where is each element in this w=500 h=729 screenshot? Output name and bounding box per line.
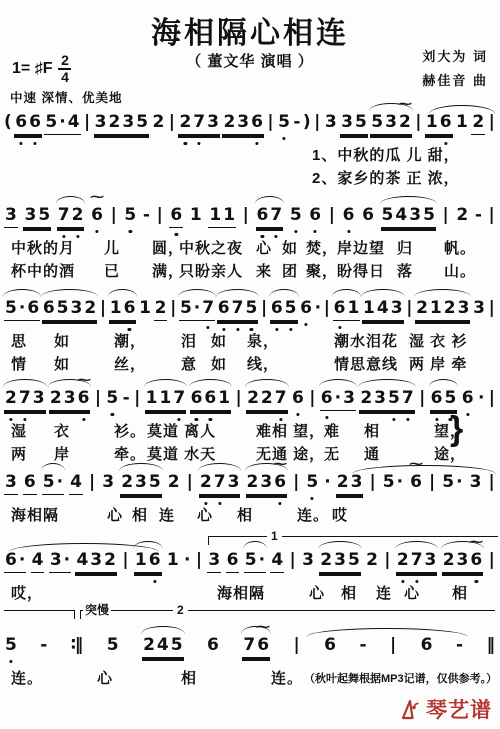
barline: | bbox=[290, 550, 296, 570]
volta-bracket-2: 突慢 2 bbox=[80, 610, 495, 619]
barline: | bbox=[415, 112, 421, 132]
note-digit: 6 bbox=[123, 298, 137, 318]
slur-arc bbox=[245, 379, 289, 387]
note-digit: 6 bbox=[190, 388, 204, 408]
lyric-segment: 丝， bbox=[114, 353, 146, 374]
note-group: 3 bbox=[301, 550, 315, 572]
note-digit: 6 bbox=[226, 550, 240, 570]
note-digit: 2 bbox=[108, 112, 122, 132]
note-digit: 5 bbox=[179, 298, 193, 318]
tempo-marking: 中速 深情、优美地 bbox=[10, 88, 122, 106]
note-group: 35 bbox=[340, 112, 368, 135]
note-digit: 3 bbox=[259, 472, 273, 492]
note-group: 5· bbox=[382, 472, 404, 494]
note-digit: 2 bbox=[246, 472, 260, 492]
note-group: 245 bbox=[142, 635, 184, 658]
note-group: 3 bbox=[324, 112, 338, 134]
barline: | bbox=[293, 635, 299, 655]
note-digit: 5 bbox=[170, 635, 184, 655]
score-line-6: 6·43·432|161·|365·4|32352|273236~|哎，海相隔心… bbox=[4, 550, 496, 610]
note-digit: 6 bbox=[28, 112, 42, 132]
lyric-segment: 难 bbox=[324, 420, 340, 441]
note-digit: 7 bbox=[192, 112, 206, 132]
note-digit: 2 bbox=[154, 298, 168, 318]
note-digit: · bbox=[18, 550, 26, 570]
note-digit: 5 bbox=[148, 472, 162, 492]
lyric-segment: 两 bbox=[11, 443, 27, 464]
lyric-segment: 莫道 离人 bbox=[147, 420, 216, 441]
note-digit: 6 bbox=[250, 112, 264, 132]
barline: | bbox=[170, 298, 176, 318]
lyric-segment: 连 bbox=[376, 582, 392, 603]
lyric-segment: 中秋之夜 bbox=[179, 237, 243, 258]
score-line-7: 5-∶‖5245676~|6-|6-‖连。心相连。（秋叶起舞根据MP3记谱，仅供… bbox=[4, 635, 496, 695]
note-symbol: · bbox=[184, 550, 190, 570]
note-group: 1 bbox=[138, 298, 152, 320]
note-digit: 6 bbox=[42, 298, 56, 318]
note-digit: · bbox=[455, 472, 463, 492]
lyric-segment: 山。 bbox=[444, 260, 476, 281]
note-group: 5 bbox=[123, 205, 137, 227]
note-symbol: - bbox=[359, 635, 366, 655]
note-digit: 3 bbox=[424, 550, 438, 570]
note-digit: 3 bbox=[70, 298, 84, 318]
barline: | bbox=[369, 472, 375, 492]
lyric-segment: 衣 bbox=[54, 420, 70, 441]
note-digit: 3 bbox=[457, 298, 471, 318]
note-digit: 4 bbox=[67, 112, 81, 132]
note-group: 66 bbox=[14, 112, 42, 135]
slur-arc bbox=[141, 626, 185, 634]
lyric-segment: 连。 bbox=[297, 504, 329, 525]
note-digit: 2 bbox=[471, 112, 485, 132]
note-group: 3 bbox=[472, 298, 486, 320]
note-digit: 7 bbox=[242, 635, 256, 655]
key-signature: 1= ♯F 2 4 bbox=[12, 54, 71, 84]
note-digit: 7 bbox=[18, 388, 32, 408]
slur-arc bbox=[269, 289, 299, 297]
note-group: 6~ bbox=[90, 205, 104, 227]
note-digit: 5 bbox=[422, 205, 436, 225]
note-digit: 5 bbox=[289, 205, 303, 225]
note-digit: · bbox=[193, 298, 201, 318]
note-digit: 2 bbox=[49, 388, 63, 408]
logo-mark-icon bbox=[400, 697, 424, 721]
note-digit: 3 bbox=[333, 550, 347, 570]
note-digit: 7 bbox=[269, 205, 283, 225]
lyric-segment: 相 bbox=[341, 582, 357, 603]
note-group: 6 bbox=[342, 205, 356, 227]
note-digit: 1 bbox=[166, 550, 180, 570]
note-group: 3 bbox=[101, 472, 115, 494]
note-group: 236 bbox=[222, 112, 264, 135]
lyric-segment: 心 bbox=[256, 237, 272, 258]
barline: | bbox=[267, 112, 273, 132]
note-digit: 6 bbox=[203, 388, 217, 408]
note-group: 227 bbox=[246, 388, 288, 411]
note-digit: 2 bbox=[455, 205, 469, 225]
note-digit: 3 bbox=[63, 388, 77, 408]
note-digit: 2 bbox=[120, 472, 134, 492]
note-digit: 5 bbox=[382, 472, 396, 492]
note-digit: 6 bbox=[461, 388, 475, 408]
note-digit: 1 bbox=[347, 298, 361, 318]
note-group: 5 bbox=[289, 205, 303, 227]
note-group: 6·3 bbox=[320, 388, 356, 411]
lyric-segment: 海相隔 bbox=[217, 582, 265, 603]
note-group: 5 bbox=[105, 388, 119, 410]
note-group: 235 bbox=[120, 472, 162, 495]
barline: | bbox=[384, 550, 390, 570]
barline: | bbox=[122, 550, 128, 570]
note-digit: 4 bbox=[31, 550, 45, 570]
lyric-segment: 线， bbox=[247, 353, 279, 374]
lyric-segment: 牵。 bbox=[114, 443, 146, 464]
note-group: 1 bbox=[189, 205, 203, 227]
lyric-segment: 如 bbox=[211, 330, 227, 351]
note-digit: 5 bbox=[123, 205, 137, 225]
note-digit: 6 bbox=[299, 298, 313, 318]
note-digit: 2 bbox=[71, 205, 85, 225]
barline: | bbox=[489, 205, 495, 225]
note-group: 16 bbox=[134, 550, 162, 573]
barline: | bbox=[187, 472, 193, 492]
note-group: 5·4 bbox=[44, 112, 80, 135]
lyric-segment: 泉， bbox=[247, 330, 279, 351]
note-digit: 3 bbox=[301, 550, 315, 570]
note-digit: 6~ bbox=[469, 550, 483, 570]
note-digit: 3 bbox=[227, 472, 241, 492]
note-digit: 6~ bbox=[256, 635, 270, 655]
note-group: 117 bbox=[145, 388, 187, 411]
barline: | bbox=[84, 112, 90, 132]
lyric-segment: 中秋的月 bbox=[11, 237, 75, 258]
note-symbol: · bbox=[315, 298, 321, 318]
lyric-segment: 心 bbox=[197, 504, 213, 525]
note-group: 5· bbox=[42, 472, 64, 495]
note-digit: 2 bbox=[359, 388, 373, 408]
note-group: 61 bbox=[333, 298, 361, 321]
note-digit: 6 bbox=[4, 550, 18, 570]
note-digit: 7 bbox=[274, 388, 288, 408]
note-digit: 2 bbox=[199, 472, 213, 492]
note-group: 5·7 bbox=[179, 298, 215, 321]
note-digit: 5 bbox=[381, 205, 395, 225]
note-group: 3 bbox=[4, 205, 18, 228]
slur-arc bbox=[119, 463, 163, 471]
lyric-segment: 连。 bbox=[11, 667, 43, 688]
lyric-segment: 难相 望， bbox=[256, 420, 325, 441]
note-group: 5· bbox=[244, 550, 266, 573]
note-digit: 2~ bbox=[398, 112, 412, 132]
mordent-icon: ~ bbox=[88, 192, 105, 202]
note-digit: 1 bbox=[222, 205, 236, 225]
note-group: 2 bbox=[471, 112, 485, 135]
note-group: 143 bbox=[362, 298, 404, 321]
sudden-slow-marking: 突慢 bbox=[83, 601, 111, 618]
note-digit: 3 bbox=[94, 112, 108, 132]
score-line-2: 335726~|5-|6111|6756|665435|2-|中秋的月儿圆，中秋… bbox=[4, 205, 496, 293]
note-digit: · bbox=[58, 112, 66, 132]
lyric-segment: 落 bbox=[397, 260, 413, 281]
note-digit: 6 bbox=[342, 205, 356, 225]
note-digit: 3 bbox=[32, 388, 46, 408]
note-group: 2 bbox=[167, 472, 181, 494]
note-group: 65 bbox=[430, 388, 458, 411]
lyric-segment: 连 bbox=[159, 504, 175, 525]
barline: | bbox=[489, 112, 495, 132]
note-group: 11 bbox=[208, 205, 236, 228]
slur-arc bbox=[306, 628, 468, 637]
note-digit: 3 bbox=[469, 472, 483, 492]
note-digit: 1 bbox=[208, 205, 222, 225]
note-digit: 6 bbox=[270, 298, 284, 318]
lyric-segment: 心 bbox=[97, 667, 113, 688]
lyric-segment: 如 bbox=[211, 353, 227, 374]
note-group: 5·6 bbox=[4, 298, 40, 321]
barline: | bbox=[261, 298, 267, 318]
note-group: 1 bbox=[455, 112, 469, 134]
lyric-segment: 1、中秋的瓜 儿 甜， bbox=[312, 144, 460, 165]
note-symbol: · bbox=[324, 472, 330, 492]
note-digit: 5 bbox=[244, 550, 258, 570]
note-digit: 5 bbox=[305, 472, 319, 492]
note-digit: 3 bbox=[456, 550, 470, 570]
lyric-segment: 意 bbox=[181, 353, 197, 374]
note-digit: 7 bbox=[410, 550, 424, 570]
note-digit: 4 bbox=[394, 205, 408, 225]
note-digit: 4 bbox=[270, 550, 284, 570]
notes-row: 5·66532|1612|5·7675|656·|61143|21233| bbox=[4, 298, 496, 321]
note-symbol: · bbox=[478, 388, 484, 408]
lyric-segment: 杯中的酒 bbox=[11, 260, 75, 281]
note-digit: 3 bbox=[134, 472, 148, 492]
note-digit: 5 bbox=[354, 112, 368, 132]
note-digit: 3 bbox=[236, 112, 250, 132]
note-group: 16 bbox=[425, 112, 453, 135]
note-group: 35 bbox=[23, 205, 51, 228]
note-group: 3 bbox=[469, 472, 483, 494]
note-symbol: - bbox=[143, 205, 150, 225]
barline: | bbox=[293, 472, 299, 492]
notes-row: 365·4|32352|273236~|5·23ˇ|5·6~|5·3| bbox=[4, 472, 496, 495]
lyric-segment: 岸边望 bbox=[337, 237, 385, 258]
note-digit: 5 bbox=[4, 298, 18, 318]
lyric-segment: 2、家乡的茶 正 浓， bbox=[312, 167, 460, 188]
note-group: 6 bbox=[226, 550, 240, 573]
note-digit: 2 bbox=[396, 550, 410, 570]
barline: | bbox=[406, 298, 412, 318]
note-digit: 2 bbox=[319, 550, 333, 570]
barline: | bbox=[329, 205, 335, 225]
lyric-segment: 如 bbox=[282, 237, 298, 258]
note-digit: 3 bbox=[408, 205, 422, 225]
note-group: 2 bbox=[365, 550, 379, 572]
notes-row: 5-∶‖5245676~|6-|6-‖ bbox=[4, 635, 496, 658]
note-group: 236~ bbox=[442, 550, 484, 573]
note-group: 273 bbox=[396, 550, 438, 573]
lyric-segment: 海相隔 bbox=[11, 504, 59, 525]
note-digit: 5 bbox=[277, 112, 291, 132]
barline: | bbox=[443, 205, 449, 225]
barline: | bbox=[309, 388, 315, 408]
note-digit: 4 bbox=[69, 472, 83, 492]
lyric-segment: 儿 bbox=[104, 237, 120, 258]
note-digit: 5 bbox=[441, 472, 455, 492]
time-top: 2 bbox=[61, 54, 69, 67]
note-digit: 5 bbox=[444, 388, 458, 408]
composer-credit: 赫佳音 曲 bbox=[422, 70, 488, 89]
score-line-5: 365·4|32352|273236~|5·23ˇ|5·6~|5·3|海相隔心相… bbox=[4, 472, 496, 532]
note-digit: 1 bbox=[429, 298, 443, 318]
note-digit: 5 bbox=[105, 388, 119, 408]
note-group: 2 bbox=[455, 205, 469, 227]
barline: | bbox=[243, 205, 249, 225]
note-symbol: ( bbox=[4, 112, 12, 132]
lyric-segment: 两 岸 牵 bbox=[409, 353, 467, 374]
notes-row: 6·43·432|161·|365·4|32352|273236~| bbox=[4, 550, 496, 573]
note-digit: 7 bbox=[401, 388, 415, 408]
note-digit: 6 bbox=[217, 298, 231, 318]
note-digit: 1 bbox=[145, 388, 159, 408]
logo-text: 琴艺谱 bbox=[426, 694, 492, 724]
lyric-segment: 相 bbox=[132, 504, 148, 525]
note-digit: 6 bbox=[320, 388, 334, 408]
note-group: 273 bbox=[178, 112, 220, 135]
note-group: 6 bbox=[23, 472, 37, 495]
note-digit: 7 bbox=[172, 388, 186, 408]
lyric-segment: 湿 bbox=[11, 420, 27, 441]
note-digit: 7 bbox=[201, 298, 215, 318]
note-digit: 3 bbox=[4, 205, 18, 225]
note-digit: 3 bbox=[207, 550, 221, 570]
note-digit: 3 bbox=[373, 388, 387, 408]
note-digit: 3 bbox=[121, 112, 135, 132]
lyrics-brace: } bbox=[450, 410, 463, 449]
score-line-1: (665·4|32352|273236|5-)|335532~|1612|1、中… bbox=[4, 112, 496, 200]
note-symbol: - bbox=[293, 112, 300, 132]
note-group: 2 bbox=[154, 298, 168, 321]
note-group: 4 bbox=[270, 550, 284, 573]
note-digit: 3 bbox=[340, 112, 354, 132]
barline: | bbox=[390, 635, 396, 655]
note-group: 6 bbox=[291, 388, 305, 410]
lyric-segment: 潮， bbox=[114, 330, 146, 351]
barline: | bbox=[489, 388, 495, 408]
note-digit: 2 bbox=[142, 635, 156, 655]
note-digit: 5 bbox=[44, 112, 58, 132]
note-digit: 3 bbox=[23, 205, 37, 225]
lyric-segment: 如 bbox=[54, 330, 70, 351]
note-digit: 1 bbox=[455, 112, 469, 132]
lyric-segment: 哎 bbox=[332, 504, 348, 525]
note-digit: 1 bbox=[362, 298, 376, 318]
note-digit: 1 bbox=[134, 550, 148, 570]
note-digit: 6 bbox=[430, 388, 444, 408]
note-group: 235 bbox=[319, 550, 361, 573]
note-digit: 4 bbox=[75, 550, 89, 570]
note-group: 6 bbox=[169, 205, 183, 228]
lyric-segment: 只盼亲人 bbox=[179, 260, 243, 281]
note-digit: 1 bbox=[217, 388, 231, 408]
note-digit: · bbox=[334, 388, 342, 408]
barline: | bbox=[89, 472, 95, 492]
note-group: 72 bbox=[57, 205, 85, 228]
note-group: 23ˇ bbox=[336, 472, 364, 495]
note-group: 6 bbox=[420, 635, 434, 657]
note-group: 6~ bbox=[409, 472, 423, 494]
note-digit: 6 bbox=[420, 635, 434, 655]
lyric-segment: 已 bbox=[104, 260, 120, 281]
key-text: 1= ♯F bbox=[12, 60, 52, 78]
note-group: 273 bbox=[4, 388, 46, 411]
note-digit: 2 bbox=[443, 298, 457, 318]
lyric-segment: 莫道 水天 bbox=[147, 443, 216, 464]
lyric-segment: 相 bbox=[364, 420, 380, 441]
lyric-segment: 归 bbox=[397, 237, 413, 258]
note-digit: 2 bbox=[442, 550, 456, 570]
lyric-segment: 哎， bbox=[11, 582, 43, 603]
lyric-segment: 情 bbox=[11, 353, 27, 374]
note-group: 5 bbox=[106, 635, 120, 657]
note-digit: 6 bbox=[361, 205, 375, 225]
notes-row: 273236~|5-|117661|2276|6·32357|656·| bbox=[4, 388, 496, 411]
barline: | bbox=[95, 388, 101, 408]
note-group: 5 bbox=[4, 635, 18, 657]
note-group: 6532 bbox=[42, 298, 97, 321]
lyric-segment: 潮水泪花 bbox=[334, 330, 398, 351]
note-digit: 5 bbox=[370, 112, 384, 132]
note-digit: 3 bbox=[89, 550, 103, 570]
volta-number-1: 1 bbox=[267, 529, 282, 543]
barline: | bbox=[134, 388, 140, 408]
lyric-segment: 岸 bbox=[54, 443, 70, 464]
note-group: 5· bbox=[441, 472, 463, 494]
barline: | bbox=[489, 550, 495, 570]
note-digit: 2 bbox=[415, 298, 429, 318]
note-group: 6· bbox=[4, 550, 26, 573]
note-group: 6 bbox=[461, 388, 475, 410]
note-group: 4 bbox=[31, 550, 45, 573]
volta-bracket-1-end bbox=[4, 610, 75, 619]
note-digit: 5 bbox=[106, 635, 120, 655]
note-digit: 6~ bbox=[77, 388, 91, 408]
lyric-segment: 心 bbox=[309, 582, 325, 603]
note-group: 273 bbox=[199, 472, 241, 495]
note-group: 6 bbox=[206, 635, 220, 657]
note-digit: 6 bbox=[23, 472, 37, 492]
note-digit: 2 bbox=[260, 388, 274, 408]
note-symbol: - bbox=[456, 635, 463, 655]
lyric-segment: 帆。 bbox=[444, 237, 476, 258]
note-digit: 6 bbox=[308, 205, 322, 225]
note-digit: 3 bbox=[101, 472, 115, 492]
note-digit: 3 bbox=[350, 472, 364, 492]
note-group: 236~ bbox=[49, 388, 91, 411]
lyric-segment: 团 bbox=[282, 260, 298, 281]
notes-row: 335726~|5-|6111|6756|665435|2-| bbox=[4, 205, 496, 228]
note-symbol: - bbox=[40, 635, 47, 655]
note-digit: 3 bbox=[324, 112, 338, 132]
barline: | bbox=[489, 298, 495, 318]
note-group: 4 bbox=[69, 472, 83, 495]
note-digit: 1 bbox=[109, 298, 123, 318]
note-digit: 6 bbox=[323, 635, 337, 655]
note-digit: · bbox=[18, 298, 26, 318]
note-digit: 4 bbox=[156, 635, 170, 655]
note-digit: 3 bbox=[206, 112, 220, 132]
lyric-segment: 思 bbox=[11, 330, 27, 351]
